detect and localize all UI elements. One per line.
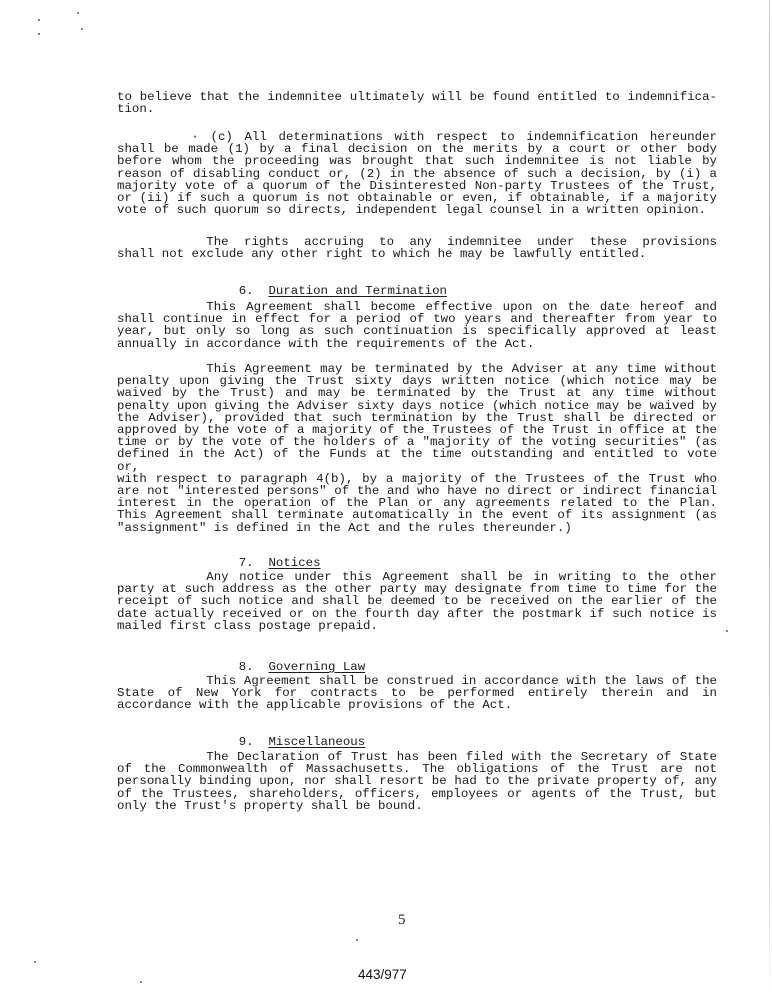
text-line: personally binding upon, nor shall resor… — [117, 775, 717, 787]
scan-speck — [38, 19, 40, 21]
scan-speck — [77, 12, 79, 14]
section-number: 6. — [239, 284, 254, 298]
paragraph-governing-law: This Agreement shall be construed in acc… — [117, 675, 717, 712]
text-line: reason of disabling conduct or, (2) in t… — [117, 168, 717, 180]
page-number: 5 — [398, 912, 406, 929]
section-title: Notices — [269, 556, 321, 570]
text-line: to believe that the indemnitee ultimatel… — [117, 91, 717, 103]
section-title: Duration and Termination — [269, 284, 447, 298]
scan-speck — [38, 33, 40, 35]
paragraph-determinations: · (c) All determinations with respect to… — [117, 131, 717, 216]
text-line: penalty upon giving the Adviser sixty da… — [117, 400, 717, 412]
section-title: Miscellaneous — [269, 735, 366, 749]
text-line: only the Trust's property shall be bound… — [117, 800, 717, 812]
text-line: year, but only so long as such continuat… — [117, 325, 717, 337]
document-page: to believe that the indemnitee ultimatel… — [0, 0, 772, 1000]
text-line: before whom the proceeding was brought t… — [117, 155, 717, 167]
scan-speck — [81, 28, 83, 30]
scan-speck — [356, 939, 358, 941]
text-line: accordance with the applicable provision… — [117, 699, 717, 711]
text-line: date actually received or on the fourth … — [117, 608, 717, 620]
text-line: shall not exclude any other right to whi… — [117, 248, 717, 260]
section-title: Governing Law — [269, 660, 366, 674]
paragraph-termination: This Agreement may be terminated by the … — [117, 363, 717, 534]
text-line: mailed first class postage prepaid. — [117, 620, 717, 632]
paragraph-effective-date: This Agreement shall become effective up… — [117, 301, 717, 350]
text-line: vote of such quorum so directs, independ… — [117, 204, 717, 216]
text-line: defined in the Act) of the Funds at the … — [117, 448, 717, 472]
bates-stamp: 443/977 — [358, 967, 407, 982]
text-line: receipt of such notice and shall be deem… — [117, 595, 717, 607]
paragraph-indemnification-continued: to believe that the indemnitee ultimatel… — [117, 91, 717, 115]
section-number: 9. — [239, 735, 254, 749]
text-line: This Agreement shall terminate automatic… — [117, 509, 717, 521]
text-line: of the Trustees, shareholders, officers,… — [117, 788, 717, 800]
paragraph-rights-accruing: The rights accruing to any indemnitee un… — [117, 236, 717, 260]
scan-speck — [140, 981, 142, 983]
paragraph-notices: Any notice under this Agreement shall be… — [117, 571, 717, 632]
scan-edge — [769, 0, 770, 1000]
paragraph-declaration-of-trust: The Declaration of Trust has been filed … — [117, 751, 717, 812]
scan-speck — [726, 630, 728, 632]
text-line: tion. — [117, 103, 717, 115]
scan-speck — [34, 961, 36, 963]
text-line: "assignment" is defined in the Act and t… — [117, 522, 717, 534]
section-number: 7. — [239, 556, 254, 570]
text-line: annually in accordance with the requirem… — [117, 338, 717, 350]
section-number: 8. — [239, 660, 254, 674]
text-line: waived by the Trust) and may be terminat… — [117, 387, 717, 399]
